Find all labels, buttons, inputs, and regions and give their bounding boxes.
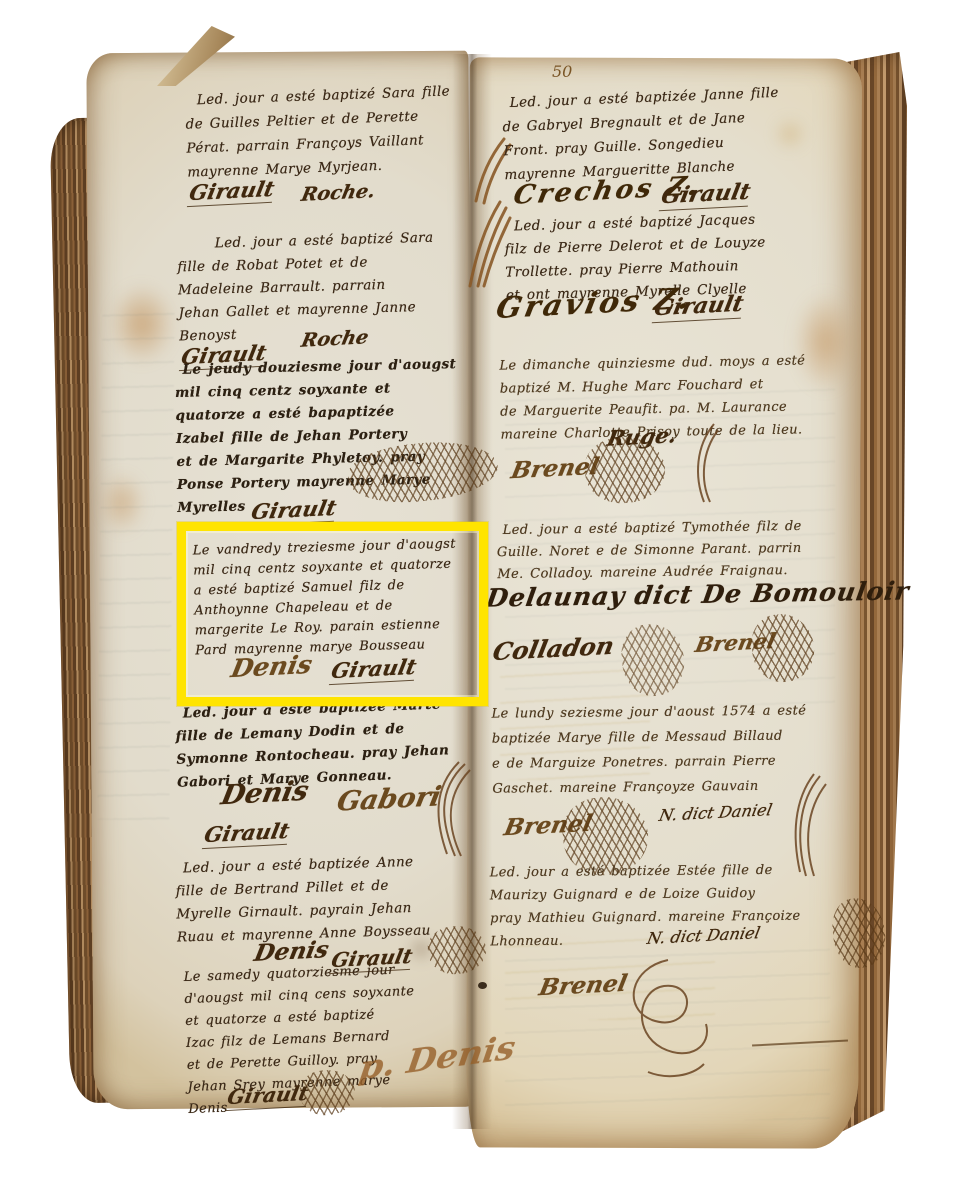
- entry-line: baptizée Marye fille de Messaud Billaud: [492, 723, 807, 751]
- entry-line: e de Marguize Ponetres. parrain Pierre: [492, 748, 807, 776]
- page-number: 50: [552, 62, 572, 81]
- baptism-entry: Led. jour a esté baptizée Anne fille de …: [175, 850, 431, 949]
- signature: Roche.: [299, 180, 377, 206]
- signature: Girault: [202, 818, 292, 849]
- bleed-through-text: [97, 300, 174, 821]
- signature: Girault: [652, 291, 746, 324]
- pen-flourish: [608, 952, 728, 1082]
- signature: Girault: [659, 179, 753, 212]
- ink-speck: [478, 982, 487, 989]
- entry-line: Led. jour a esté baptizée Estée fille de: [490, 859, 801, 885]
- baptism-entry: Led. jour a esté baptizé Tymothée filz d…: [497, 516, 803, 586]
- entry-line: Maurizy Guignard e de Loize Guidoy: [490, 882, 801, 908]
- pen-flourish: [686, 420, 720, 506]
- signature: Girault: [187, 176, 277, 207]
- entry-line: Gaschet. mareine Françoyze Gauvain: [492, 773, 807, 801]
- signature: Roche: [299, 326, 370, 351]
- baptism-entry: Led. jour a esté baptizée Janne fille de…: [501, 81, 782, 188]
- signature: Girault: [329, 654, 419, 685]
- signature: Denis: [218, 776, 311, 811]
- signature: Girault: [225, 1081, 311, 1111]
- baptism-entry: Led. jour a esté baptizé Sara fille de G…: [184, 79, 453, 184]
- baptism-entry-highlighted: Le vandredy treziesme jour d'aougst mil …: [192, 535, 458, 662]
- signature: Denis: [229, 650, 315, 683]
- baptism-entry: Led. jour a esté baptizée Marte fille de…: [174, 693, 450, 794]
- manuscript-book-photo: 50 Led. jour a esté baptizé Sara fille d…: [0, 0, 957, 1200]
- entry-line: Le lundy seziesme jour d'aoust 1574 a es…: [491, 698, 806, 726]
- baptism-entry: Le lundy seziesme jour d'aoust 1574 a es…: [491, 698, 807, 801]
- pen-flourish: [425, 760, 471, 860]
